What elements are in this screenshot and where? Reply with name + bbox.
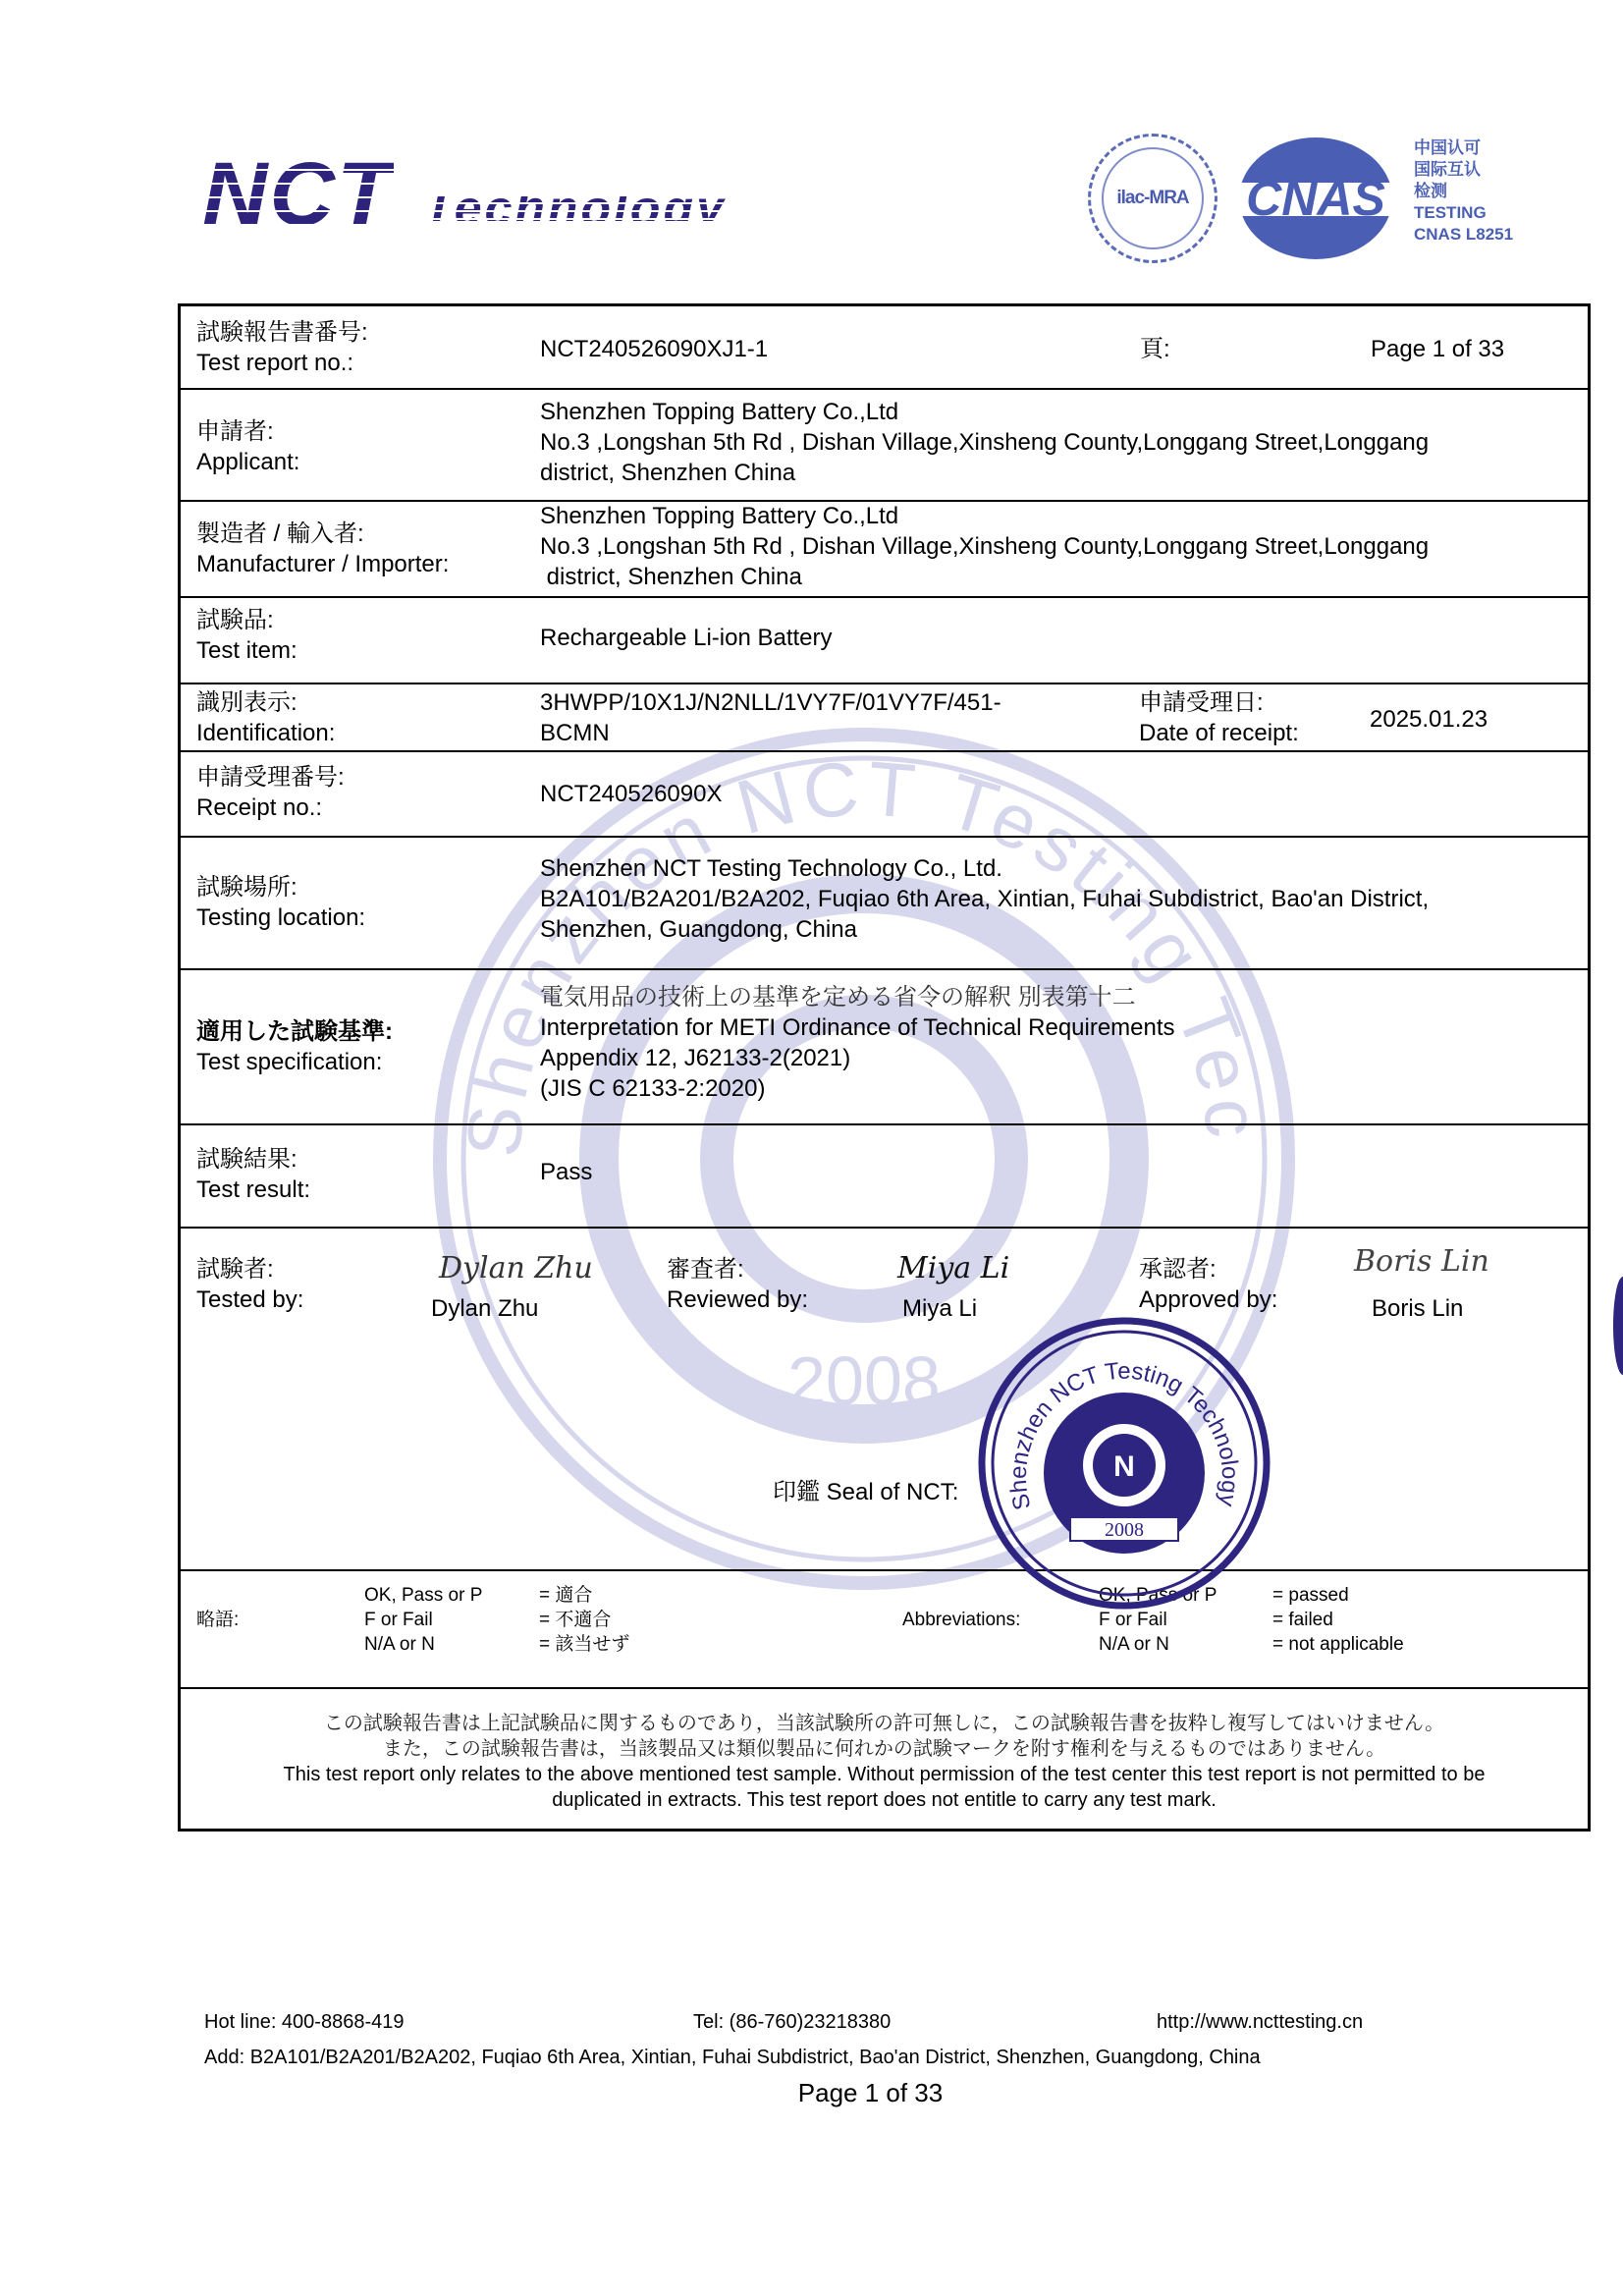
reviewed-by-name: Miya Li bbox=[902, 1293, 977, 1324]
cnas-line: CNAS L8251 bbox=[1414, 224, 1513, 246]
footer-tel: Tel: (86-760)23218380 bbox=[693, 2011, 891, 2034]
applicant-label: 申請者:Applicant: bbox=[196, 416, 299, 477]
ilac-mra-logo: ilac-MRA bbox=[1088, 134, 1217, 263]
report-no-label: 試験報告書番号:Test report no.: bbox=[196, 317, 368, 378]
tested-by-name: Dylan Zhu bbox=[431, 1293, 538, 1324]
test-spec-label: 適用した試験基準:Test specification: bbox=[196, 1016, 393, 1077]
test-item-label: 試験品:Test item: bbox=[196, 605, 298, 666]
cnas-line: TESTING bbox=[1414, 202, 1513, 224]
cnas-line: 中国认可 bbox=[1414, 137, 1513, 159]
test-result-value: Pass bbox=[540, 1157, 592, 1187]
cnas-logo: CNAS bbox=[1239, 137, 1392, 259]
page-label: 頁: bbox=[1140, 334, 1170, 364]
cnas-logo-text: CNAS bbox=[1246, 170, 1385, 227]
logo-main-text: NCT bbox=[202, 143, 394, 246]
page-value: Page 1 of 33 bbox=[1371, 334, 1504, 364]
abbreviations-ja-terms: OK, Pass or P F or Fail N/A or N bbox=[364, 1583, 482, 1657]
disclaimer-en-2: duplicated in extracts. This test report… bbox=[181, 1787, 1588, 1813]
tested-by-signature: Dylan Zhu bbox=[439, 1251, 593, 1285]
disclaimer-en-1: This test report only relates to the abo… bbox=[181, 1762, 1588, 1787]
date-of-receipt-value: 2025.01.23 bbox=[1370, 704, 1488, 735]
manufacturer-label: 製造者 / 輸入者:Manufacturer / Importer: bbox=[196, 519, 449, 579]
footer-hotline: Hot line: 400-8868-419 bbox=[204, 2011, 404, 2034]
footer-address: Add: B2A101/B2A201/B2A202, Fuqiao 6th Ar… bbox=[204, 2047, 1261, 2069]
footer-website[interactable]: http://www.ncttesting.cn bbox=[1157, 2011, 1363, 2034]
report-table: 試験報告書番号:Test report no.: NCT240526090XJ1… bbox=[178, 303, 1591, 1831]
abbreviations-en-terms: OK, Pass or P F or Fail N/A or N bbox=[1099, 1583, 1217, 1657]
ilac-logo-text: ilac-MRA bbox=[1116, 188, 1188, 209]
manufacturer-value: Shenzhen Topping Battery Co.,Ltd No.3 ,L… bbox=[540, 501, 1429, 592]
receipt-no-label: 申請受理番号:Receipt no.: bbox=[196, 762, 345, 823]
identification-value: 3HWPP/10X1J/N2NLL/1VY7F/01VY7F/451- BCMN bbox=[540, 687, 1001, 748]
abbreviations-label-en: Abbreviations: bbox=[902, 1608, 1020, 1632]
testing-location-label: 試験場所:Testing location: bbox=[196, 872, 365, 933]
test-item-value: Rechargeable Li-ion Battery bbox=[540, 623, 833, 653]
test-spec-value: 電気用品の技術上の基準を定める省令の解釈 別表第十二 Interpretatio… bbox=[540, 982, 1175, 1104]
applicant-value: Shenzhen Topping Battery Co.,Ltd No.3 ,L… bbox=[540, 397, 1429, 488]
disclaimer-ja-2: また，この試験報告書は，当該製品又は類似製品に何れかの試験マークを附す権利を与え… bbox=[181, 1736, 1588, 1762]
abbreviations-label-ja: 略語: bbox=[196, 1608, 239, 1632]
reviewed-by-signature: Miya Li bbox=[897, 1251, 1009, 1285]
footer-page-number: Page 1 of 33 bbox=[0, 2078, 1623, 2108]
abbreviations-en-meanings: = passed = failed = not applicable bbox=[1272, 1583, 1404, 1657]
testing-location-value: Shenzhen NCT Testing Technology Co., Ltd… bbox=[540, 853, 1429, 945]
approved-by-label: 承認者:Approved by: bbox=[1139, 1254, 1277, 1315]
reviewed-by-label: 審査者:Reviewed by: bbox=[667, 1254, 808, 1315]
cnas-line: 国际互认 bbox=[1414, 159, 1513, 181]
test-result-label: 試験結果:Test result: bbox=[196, 1144, 310, 1205]
approved-by-signature: Boris Lin bbox=[1354, 1244, 1489, 1279]
approved-by-name: Boris Lin bbox=[1372, 1293, 1463, 1324]
disclaimer-ja-1: この試験報告書は上記試験品に関するものであり，当該試験所の許可無しに，この試験報… bbox=[181, 1711, 1588, 1736]
seal-label: 印鑑 Seal of NCT: bbox=[773, 1477, 958, 1507]
cnas-accreditation-text: 中国认可 国际互认 检测 TESTING CNAS L8251 bbox=[1414, 137, 1513, 246]
logo-sub-text: Technology bbox=[423, 196, 727, 221]
nct-technology-logo: NCTTechnology bbox=[202, 143, 727, 246]
receipt-no-value: NCT240526090X bbox=[540, 779, 722, 809]
page-edge-mark bbox=[1613, 1277, 1623, 1375]
abbreviations-ja-meanings: = 適合 = 不適合 = 該当せず bbox=[539, 1583, 629, 1657]
tested-by-label: 試験者:Tested by: bbox=[196, 1254, 303, 1315]
identification-label: 識別表示:Identification: bbox=[196, 687, 335, 748]
report-no-value: NCT240526090XJ1-1 bbox=[540, 334, 768, 364]
cnas-line: 检测 bbox=[1414, 181, 1513, 202]
date-of-receipt-label: 申請受理日:Date of receipt: bbox=[1139, 687, 1299, 748]
